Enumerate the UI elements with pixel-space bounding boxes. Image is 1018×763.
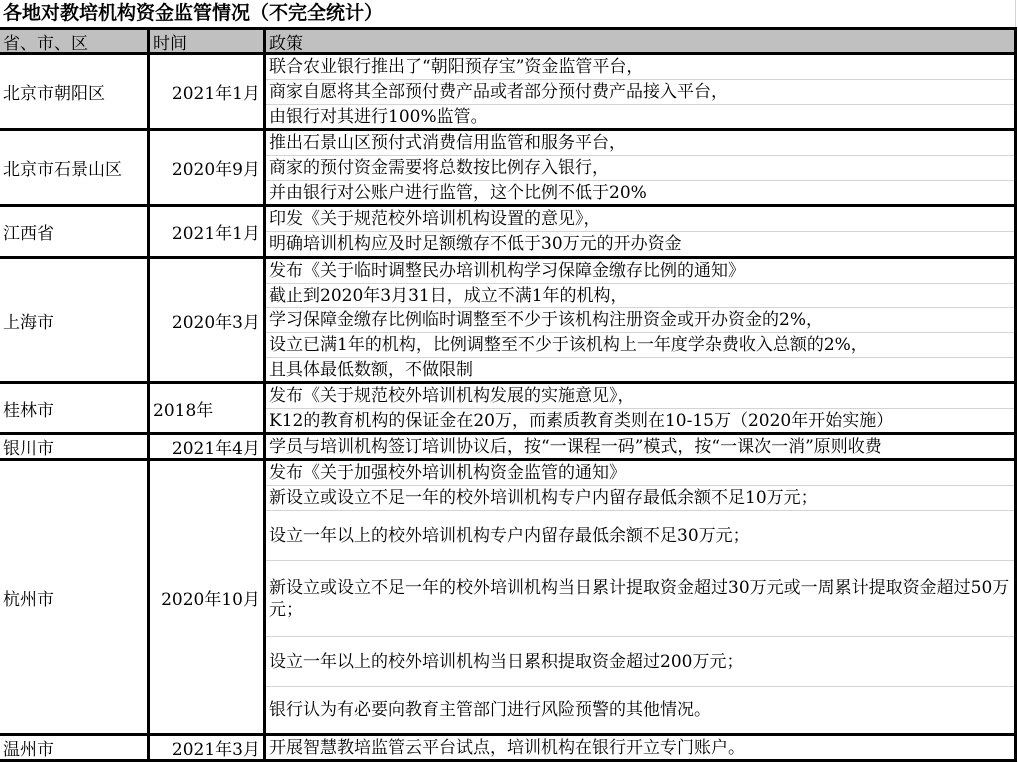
policy-cell: 印发《关于规范校外培训机构设置的意见》， 明确培训机构应及时足额缴存不低于30万… — [266, 207, 1017, 256]
time-cell[interactable]: 2021年1月 — [150, 55, 266, 128]
policy-line[interactable]: 由银行对其进行100%监管。 — [266, 105, 1014, 128]
policy-line[interactable]: 新设立或设立不足一年的校外培训机构专户内留存最低余额不足10万元； — [266, 486, 1014, 511]
policy-line[interactable]: 印发《关于规范校外培训机构设置的意见》， — [266, 207, 1014, 232]
policy-line[interactable]: 新设立或设立不足一年的校外培训机构当日累计提取资金超过30万元或一周累计提取资金… — [266, 561, 1014, 637]
policy-cell: 开展智慧教培监管云平台试点，培训机构在银行开立专门账户。 — [266, 736, 1017, 759]
policy-line[interactable]: 发布《关于加强校外培训机构资金监管的通知》 — [266, 461, 1014, 486]
policy-line[interactable]: 联合农业银行推出了“朝阳预存宝”资金监管平台， — [266, 55, 1014, 80]
policy-cell: 发布《关于临时调整民办培训机构学习保障金缴存比例的通知》 截止到2020年3月3… — [266, 259, 1017, 381]
policy-line[interactable]: 并由银行对公账户进行监管，这个比例不低于20% — [266, 181, 1014, 204]
time-cell[interactable]: 2020年3月 — [150, 259, 266, 381]
header-time[interactable]: 时间 — [150, 30, 266, 52]
policy-cell: 发布《关于加强校外培训机构资金监管的通知》 新设立或设立不足一年的校外培训机构专… — [266, 461, 1017, 733]
table-row: 江西省 2021年1月 印发《关于规范校外培训机构设置的意见》， 明确培训机构应… — [0, 207, 1017, 259]
table-row: 桂林市 2018年 发布《关于规范校外培训机构发展的实施意见》， K12的教育机… — [0, 384, 1017, 435]
policy-line[interactable]: K12的教育机构的保证金在20万，而素质教育类则在10-15万（2020年开始实… — [266, 409, 1014, 432]
region-cell[interactable]: 温州市 — [0, 736, 150, 759]
region-cell[interactable]: 上海市 — [0, 259, 150, 381]
table-row: 银川市 2021年4月 学员与培训机构签订培训协议后，按“一课程一码”模式，按“… — [0, 435, 1017, 461]
policy-line[interactable]: 发布《关于规范校外培训机构发展的实施意见》， — [266, 384, 1014, 409]
time-cell[interactable]: 2021年1月 — [150, 207, 266, 256]
region-cell[interactable]: 北京市石景山区 — [0, 131, 150, 204]
time-cell[interactable]: 2018年 — [150, 384, 266, 432]
header-policy[interactable]: 政策 — [266, 30, 1017, 52]
table-row: 北京市朝阳区 2021年1月 联合农业银行推出了“朝阳预存宝”资金监管平台， 商… — [0, 55, 1017, 131]
region-cell[interactable]: 杭州市 — [0, 461, 150, 733]
time-cell[interactable]: 2020年9月 — [150, 131, 266, 204]
table-header-row: 省、市、区 时间 政策 — [0, 27, 1017, 55]
table-row: 上海市 2020年3月 发布《关于临时调整民办培训机构学习保障金缴存比例的通知》… — [0, 259, 1017, 384]
table-row: 杭州市 2020年10月 发布《关于加强校外培训机构资金监管的通知》 新设立或设… — [0, 461, 1017, 736]
policy-line[interactable]: 推出石景山区预付式消费信用监管和服务平台， — [266, 131, 1014, 156]
header-region[interactable]: 省、市、区 — [0, 30, 150, 52]
policy-line[interactable]: 商家自愿将其全部预付费产品或者部分预付费产品接入平台， — [266, 80, 1014, 105]
table-row: 北京市石景山区 2020年9月 推出石景山区预付式消费信用监管和服务平台， 商家… — [0, 131, 1017, 207]
time-cell[interactable]: 2021年3月 — [150, 736, 266, 759]
policy-line[interactable]: 银行认为有必要向教育主管部门进行风险预警的其他情况。 — [266, 687, 1014, 733]
policy-line[interactable]: 商家的预付资金需要将总数按比例存入银行， — [266, 156, 1014, 181]
policy-line[interactable]: 学习保障金缴存比例临时调整至不少于该机构注册资金或开办资金的2%， — [266, 308, 1014, 333]
policy-cell: 推出石景山区预付式消费信用监管和服务平台， 商家的预付资金需要将总数按比例存入银… — [266, 131, 1017, 204]
policy-line[interactable]: 开展智慧教培监管云平台试点，培训机构在银行开立专门账户。 — [266, 736, 1014, 759]
table-row: 温州市 2021年3月 开展智慧教培监管云平台试点，培训机构在银行开立专门账户。 — [0, 736, 1017, 762]
policy-cell: 学员与培训机构签订培训协议后，按“一课程一码”模式，按“一课次一消”原则收费 — [266, 435, 1017, 458]
policy-line[interactable]: 设立一年以上的校外培训机构专户内留存最低余额不足30万元； — [266, 511, 1014, 561]
policy-line[interactable]: 设立已满1年的机构，比例调整至不少于该机构上一年度学杂费收入总额的2%， — [266, 333, 1014, 358]
policy-line[interactable]: 截止到2020年3月31日，成立不满1年的机构， — [266, 284, 1014, 308]
time-cell[interactable]: 2021年4月 — [150, 435, 266, 458]
policy-line[interactable]: 且具体最低数额，不做限制 — [266, 358, 1014, 381]
region-cell[interactable]: 银川市 — [0, 435, 150, 458]
policy-line[interactable]: 明确培训机构应及时足额缴存不低于30万元的开办资金 — [266, 232, 1014, 256]
policy-cell: 发布《关于规范校外培训机构发展的实施意见》， K12的教育机构的保证金在20万，… — [266, 384, 1017, 432]
policy-line[interactable]: 设立一年以上的校外培训机构当日累积提取资金超过200万元； — [266, 637, 1014, 687]
policy-cell: 联合农业银行推出了“朝阳预存宝”资金监管平台， 商家自愿将其全部预付费产品或者部… — [266, 55, 1017, 128]
region-cell[interactable]: 桂林市 — [0, 384, 150, 432]
policy-line[interactable]: 学员与培训机构签订培训协议后，按“一课程一码”模式，按“一课次一消”原则收费 — [266, 435, 1014, 458]
sheet-title: 各地对教培机构资金监管情况（不完全统计） — [0, 0, 1016, 27]
region-cell[interactable]: 北京市朝阳区 — [0, 55, 150, 128]
time-cell[interactable]: 2020年10月 — [150, 461, 266, 733]
policy-line[interactable]: 发布《关于临时调整民办培训机构学习保障金缴存比例的通知》 — [266, 259, 1014, 284]
region-cell[interactable]: 江西省 — [0, 207, 150, 256]
